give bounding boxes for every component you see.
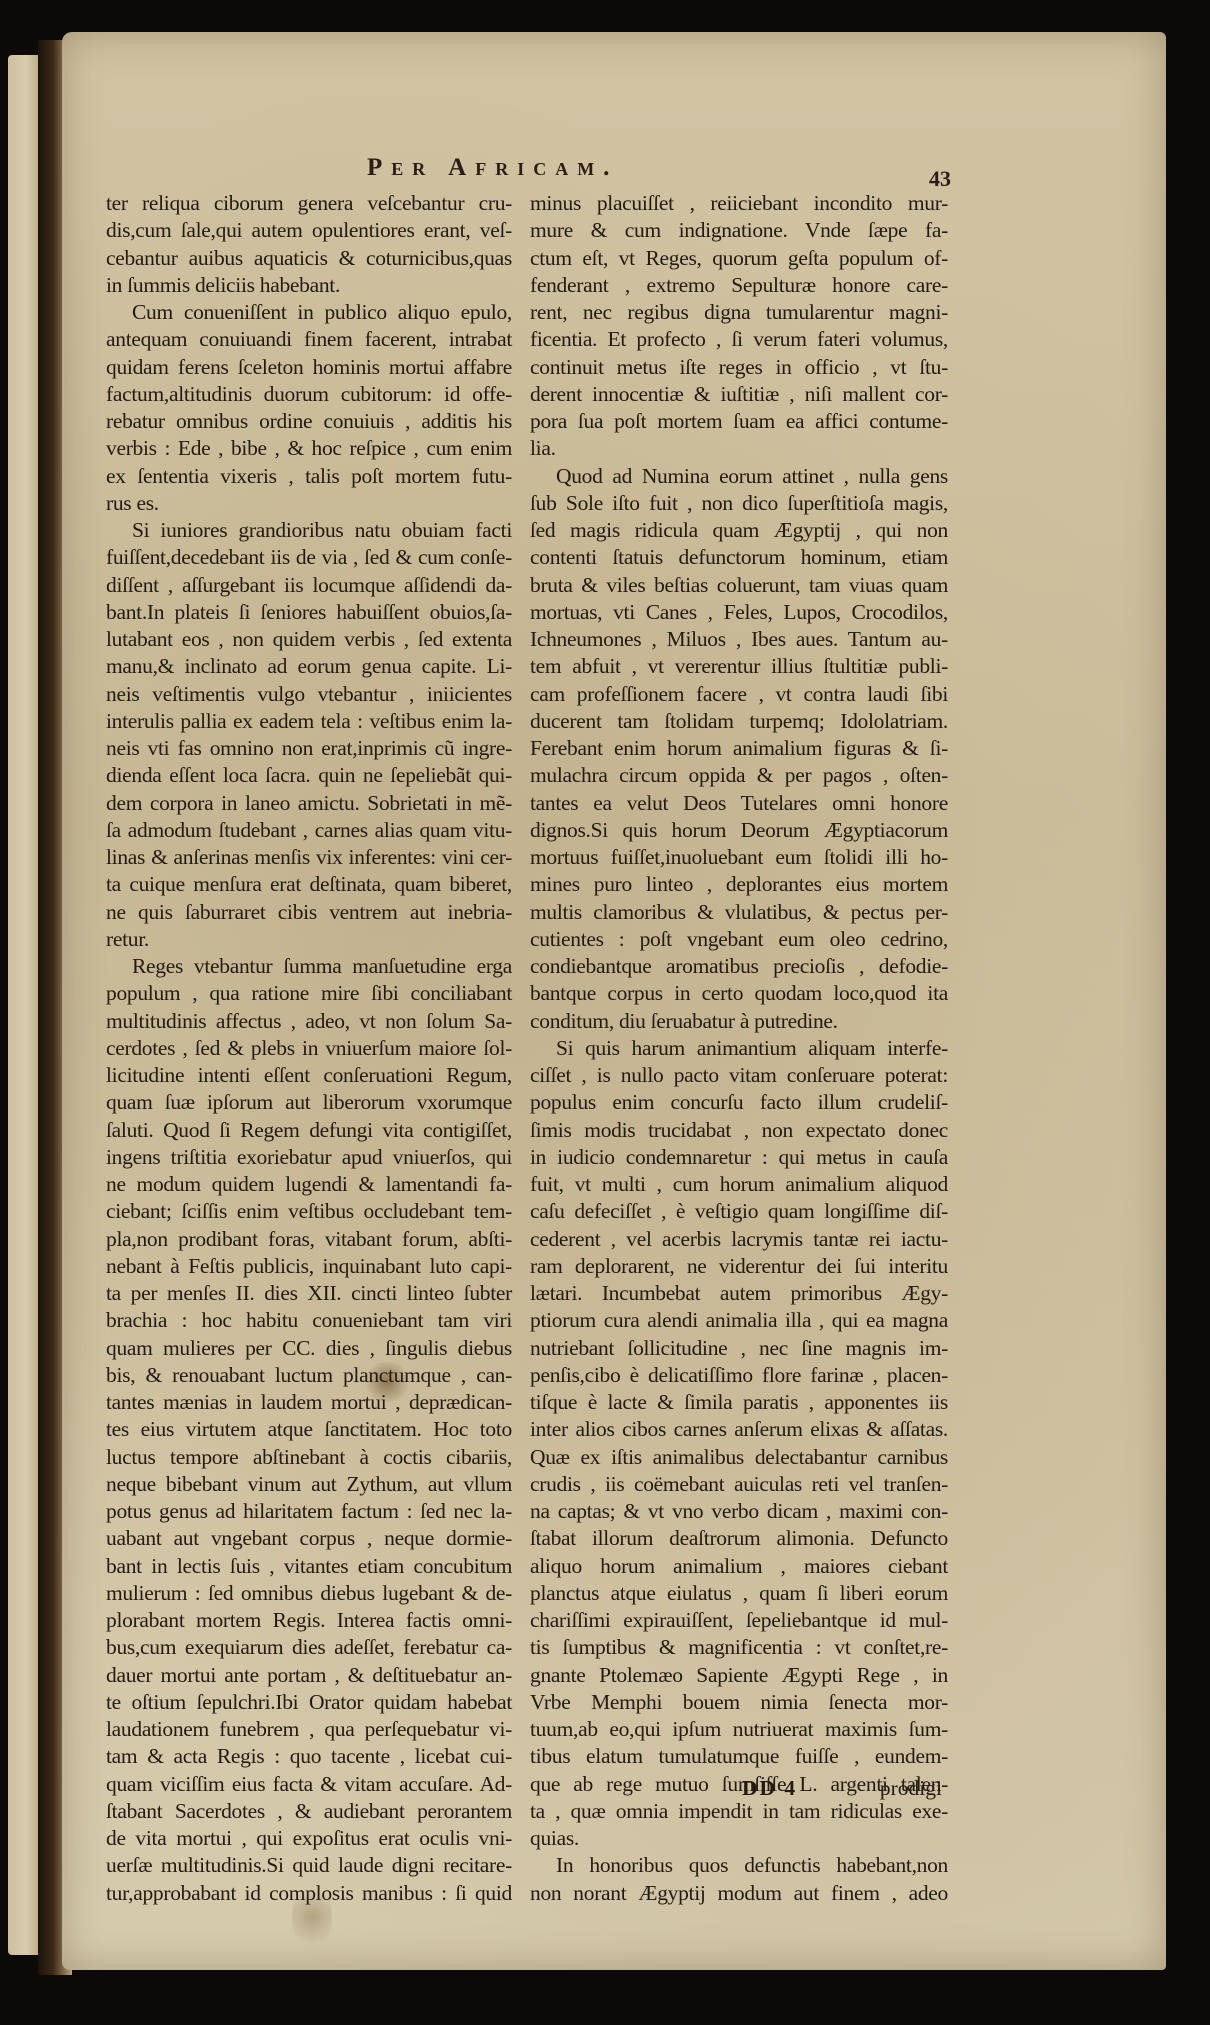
text-line: de vita mortui , qui expoſitus erat ocul…	[106, 1825, 512, 1852]
text-line: ter reliqua ciborum genera veſcebantur c…	[106, 190, 512, 217]
text-line: bruta & viles beſtias coluerunt, tam viu…	[530, 572, 948, 599]
text-line: conditum, diu ſeruabatur à putredine.	[530, 1008, 948, 1035]
text-line: ram deplorarent, ne viderentur dei ſui i…	[530, 1253, 948, 1280]
text-line: rus es.	[106, 490, 512, 517]
text-line: ſa admodum ſtudebant , carnes alias quam…	[106, 817, 512, 844]
text-line: ta per menſes II. dies XII. cincti linte…	[106, 1280, 512, 1307]
text-line: fuiſſent,decedebant iis de via , ſed & c…	[106, 544, 512, 571]
text-line: mulierum : ſed omnibus diebus lugebant &…	[106, 1580, 512, 1607]
text-line: dis,cum ſale,qui autem opulentiores eran…	[106, 217, 512, 244]
text-line: factum,altitudinis duorum cubitorum: id …	[106, 381, 512, 408]
catchword: prodigi	[880, 1776, 942, 1801]
text-line: ſtabant Sacerdotes , & audiebant peroran…	[106, 1798, 512, 1825]
text-line: Vrbe Memphi bouem nimia ſenecta mor-	[530, 1689, 948, 1716]
text-line: mure & cum indignatione. Vnde ſæpe fa-	[530, 217, 948, 244]
text-line: multitudinis affectus , adeo, vt non ſol…	[106, 1008, 512, 1035]
text-line: brachia : hoc habitu conueniebant tam vi…	[106, 1307, 512, 1334]
text-line: ſed magis ridicula quam Ægyptij , qui no…	[530, 517, 948, 544]
running-head: Per Africam.	[367, 154, 657, 182]
text-line: caſu defeciſſet , è veſtigio quam longiſ…	[530, 1198, 948, 1225]
text-line: ſtabat illorum deaſtrorum alimonia. Defu…	[530, 1525, 948, 1552]
text-line: Quod ad Numina eorum attinet , nulla gen…	[530, 463, 948, 490]
text-line: mortuus fuiſſet,inuoluebant eum ſtolidi …	[530, 844, 948, 871]
text-line: bant.In plateis ſi ſeniores habuiſſent o…	[106, 599, 512, 626]
text-line: quidam ferens ſceleton hominis mortui af…	[106, 354, 512, 381]
text-line: fuit, vt multi , cum horum animalium ali…	[530, 1171, 948, 1198]
text-line: In honoribus quos defunctis habebant,non	[530, 1852, 948, 1879]
text-line: lætari. Incumbebat autem primoribus Ægy-	[530, 1280, 948, 1307]
text-line: ctum eſt, vt Reges, quorum geſta populum…	[530, 245, 948, 272]
text-line: minus placuiſſet , reiiciebant incondito…	[530, 190, 948, 217]
text-line: antequam conuiuandi finem facerent, intr…	[106, 326, 512, 353]
text-line: ta , quæ omnia impendit in tam ridiculas…	[530, 1798, 948, 1825]
text-line: tuum,ab eo,qui ipſum nutriuerat maximis …	[530, 1716, 948, 1743]
text-line: Ichneumones , Miluos , Ibes aues. Tantum…	[530, 626, 948, 653]
text-line: dauer mortui ante portam , & deſtituebat…	[106, 1662, 512, 1689]
text-line: dignos.Si quis horum Deorum Ægyptiacorum	[530, 817, 948, 844]
text-line: cerdotes , ſed & plebs in vniuerſum maio…	[106, 1035, 512, 1062]
text-line: ſaluti. Quod ſi Regem defungi vita conti…	[106, 1117, 512, 1144]
text-line: Cum conueniſſent in publico aliquo epulo…	[106, 299, 512, 326]
text-line: ciebant; ſciſſis enim veſtibus occludeba…	[106, 1198, 512, 1225]
text-line: bis, & renouabant luctum planctumque , c…	[106, 1362, 512, 1389]
text-line: ta cuique menſura erat deſtinata, quam b…	[106, 871, 512, 898]
text-line: quam ſuæ ipſorum aut liberorum vxorumque	[106, 1089, 512, 1116]
text-line: ſimis modis trucidabat , non expectato d…	[530, 1117, 948, 1144]
text-line: penſis,cibo è delicatiſſimo flore farinæ…	[530, 1362, 948, 1389]
text-line: Si quis harum animantium aliquam interfe…	[530, 1035, 948, 1062]
text-line: tis ſumptibus & magnificentia : vt conſt…	[530, 1634, 948, 1661]
signature-mark: DD 4	[742, 1776, 797, 1801]
text-line: lia.	[530, 435, 948, 462]
signature-line: DD 4 prodigi	[742, 1776, 942, 1801]
text-line: interulis pallia ex eadem tela : veſtibu…	[106, 708, 512, 735]
text-line: populum , qua ratione mire ſibi concilia…	[106, 980, 512, 1007]
text-line: neis veſtimentis vulgo vtebantur , iniic…	[106, 681, 512, 708]
text-line: diſſent , aſſurgebant iis locumque aſſid…	[106, 572, 512, 599]
text-line: ducerent tam ſtolidam turpemq; Idololatr…	[530, 708, 948, 735]
text-line: planctus atque eiulatus , quam ſi liberi…	[530, 1580, 948, 1607]
text-line: condiebantque aromatibus precioſis , def…	[530, 953, 948, 980]
text-line: ne quis ſaburraret cibis ventrem aut ine…	[106, 899, 512, 926]
text-line: non norant Ægyptij modum aut finem , ade…	[530, 1880, 948, 1907]
text-line: te oſtium ſepulchri.Ibi Orator quidam ha…	[106, 1689, 512, 1716]
text-line: quias.	[530, 1825, 948, 1852]
previous-leaf-edge	[8, 55, 38, 1955]
text-line: neis vti fas omnino non erat,inprimis cũ…	[106, 735, 512, 762]
text-line: ne modum quidem lugendi & lamentandi fa-	[106, 1171, 512, 1198]
text-line: pla,non prodibant foras, vitabant forum,…	[106, 1226, 512, 1253]
text-line: Quæ ex iſtis animalibus delectabantur ca…	[530, 1444, 948, 1471]
text-line: tantes mænias in laudem mortui , deprædi…	[106, 1389, 512, 1416]
text-line: nutriebant ſollicitudine , nec ſine magn…	[530, 1335, 948, 1362]
text-line: tam & acta Regis : quo tacente , licebat…	[106, 1743, 512, 1770]
text-line: nebant à Feſtis publicis, inquinabant lu…	[106, 1253, 512, 1280]
text-line: ſub Sole iſto fuit , non dico ſuperſtiti…	[530, 490, 948, 517]
text-line: bantque corpus in certo quodam loco,quod…	[530, 980, 948, 1007]
text-line: mines puro linteo , deplorantes eius mor…	[530, 871, 948, 898]
text-line: Reges vtebantur ſumma manſuetudine erga	[106, 953, 512, 980]
text-line: verbis : Ede , bibe , & hoc reſpice , cu…	[106, 435, 512, 462]
text-line: rent, nec regibus digna tumularentur mag…	[530, 299, 948, 326]
text-line: in ſummis deliciis habebant.	[106, 272, 512, 299]
text-line: tantes ea velut Deos Tutelares omni hono…	[530, 790, 948, 817]
text-line: bant in lectis ſuis , vitantes etiam con…	[106, 1553, 512, 1580]
right-text-column: minus placuiſſet , reiiciebant incondito…	[530, 190, 948, 1907]
text-line: Ferebant enim horum animalium figuras & …	[530, 735, 948, 762]
text-line: neque bibebant vinum aut Zythum, aut vll…	[106, 1471, 512, 1498]
text-line: linas & anſerinas menſis vix inferentes:…	[106, 844, 512, 871]
text-line: uerſæ multitudinis.Si quid laude digni r…	[106, 1852, 512, 1879]
text-line: luctus tempore abſtinebant à coctis ciba…	[106, 1444, 512, 1471]
text-line: Si iuniores grandioribus natu obuiam fac…	[106, 517, 512, 544]
text-line: cederent , vel acerbis lacrymis tantæ re…	[530, 1226, 948, 1253]
text-line: ciſſet , is nullo pacto vitam conſeruare…	[530, 1062, 948, 1089]
text-line: dienda eſſent loca ſacra. quin ne ſepeli…	[106, 762, 512, 789]
text-line: tes eius virtutem atque ſanctitatem. Hoc…	[106, 1416, 512, 1443]
text-line: lutabant eos , non quidem verbis , ſed e…	[106, 626, 512, 653]
text-line: laudationem funebrem , qua perſequebatur…	[106, 1716, 512, 1743]
text-line: crudis , iis coëmebant auiculas reti vel…	[530, 1471, 948, 1498]
text-line: dem corpora in laneo amictu. Sobrietati …	[106, 790, 512, 817]
text-line: licitudine intenti eſſent conſeruationi …	[106, 1062, 512, 1089]
text-line: derent innocentiæ & iuſtitiæ , niſi mall…	[530, 381, 948, 408]
text-line: tibus elatum tumulatumque fuiſſe , eunde…	[530, 1743, 948, 1770]
text-line: in iudicio condemnaretur : qui metus in …	[530, 1144, 948, 1171]
text-line: ingens triſtitia exoriebatur apud vniuer…	[106, 1144, 512, 1171]
page-number: 43	[929, 166, 951, 192]
text-line: fenderant , extremo Sepulturæ honore car…	[530, 272, 948, 299]
text-line: plorabant mortem Regis. Interea factis o…	[106, 1607, 512, 1634]
text-line: tem abfuit , vt vererentur illius ſtulti…	[530, 653, 948, 680]
text-line: pora ſua poſt mortem ſuam ea affici cont…	[530, 408, 948, 435]
text-line: gnante Ptolemæo Sapiente Ægypti Rege , i…	[530, 1662, 948, 1689]
text-line: ptiorum cura alendi animalia illa , qui …	[530, 1307, 948, 1334]
text-line: chariſſimi expirauiſſent, ſepeliebantque…	[530, 1607, 948, 1634]
text-line: uabant aut vngebant corpus , neque dormi…	[106, 1525, 512, 1552]
text-line: inter alios cibos carnes anſerum elixas …	[530, 1416, 948, 1443]
text-line: rebatur omnibus ordine conuiuis , additi…	[106, 408, 512, 435]
text-line: tur,approbabant id complosis manibus : ſ…	[106, 1880, 512, 1907]
left-text-column: ter reliqua ciborum genera veſcebantur c…	[106, 190, 512, 1907]
text-line: potus genus ad hilaritatem factum : ſed …	[106, 1498, 512, 1525]
text-line: multis clamoribus & vlulatibus, & pectus…	[530, 899, 948, 926]
text-line: contenti ſtatuis defunctorum hominum, et…	[530, 544, 948, 571]
text-line: quam viciſſim eius facta & vitam accuſar…	[106, 1771, 512, 1798]
text-line: ficentia. Et profecto , ſi verum fateri …	[530, 326, 948, 353]
text-line: cebantur auibus aquaticis & coturnicibus…	[106, 245, 512, 272]
text-line: na captas; & vt vno verbo dicam , maximi…	[530, 1498, 948, 1525]
text-line: cutientes : poſt vngebant eum oleo cedri…	[530, 926, 948, 953]
text-line: tiſque è lacte & ſimila paratis , appone…	[530, 1389, 948, 1416]
text-line: aliquo horum animalium , maiores ciebant	[530, 1553, 948, 1580]
text-line: mulachra circum oppida & per pagos , oſt…	[530, 762, 948, 789]
text-line: ex ſententia vixeris , talis poſt mortem…	[106, 463, 512, 490]
text-line: quam mulieres per CC. dies , ſingulis di…	[106, 1335, 512, 1362]
text-line: populus enim concurſu facto illum crudel…	[530, 1089, 948, 1116]
text-line: mortuas, vti Canes , Feles, Lupos, Croco…	[530, 599, 948, 626]
text-line: manu,& inclinato ad eorum genua capite. …	[106, 653, 512, 680]
text-line: cam profeſſionem facere , vt contra laud…	[530, 681, 948, 708]
text-line: retur.	[106, 926, 512, 953]
text-line: continuit metus iſte reges in officio , …	[530, 354, 948, 381]
text-line: bus,cum exequiarum dies adeſſet, ferebat…	[106, 1634, 512, 1661]
